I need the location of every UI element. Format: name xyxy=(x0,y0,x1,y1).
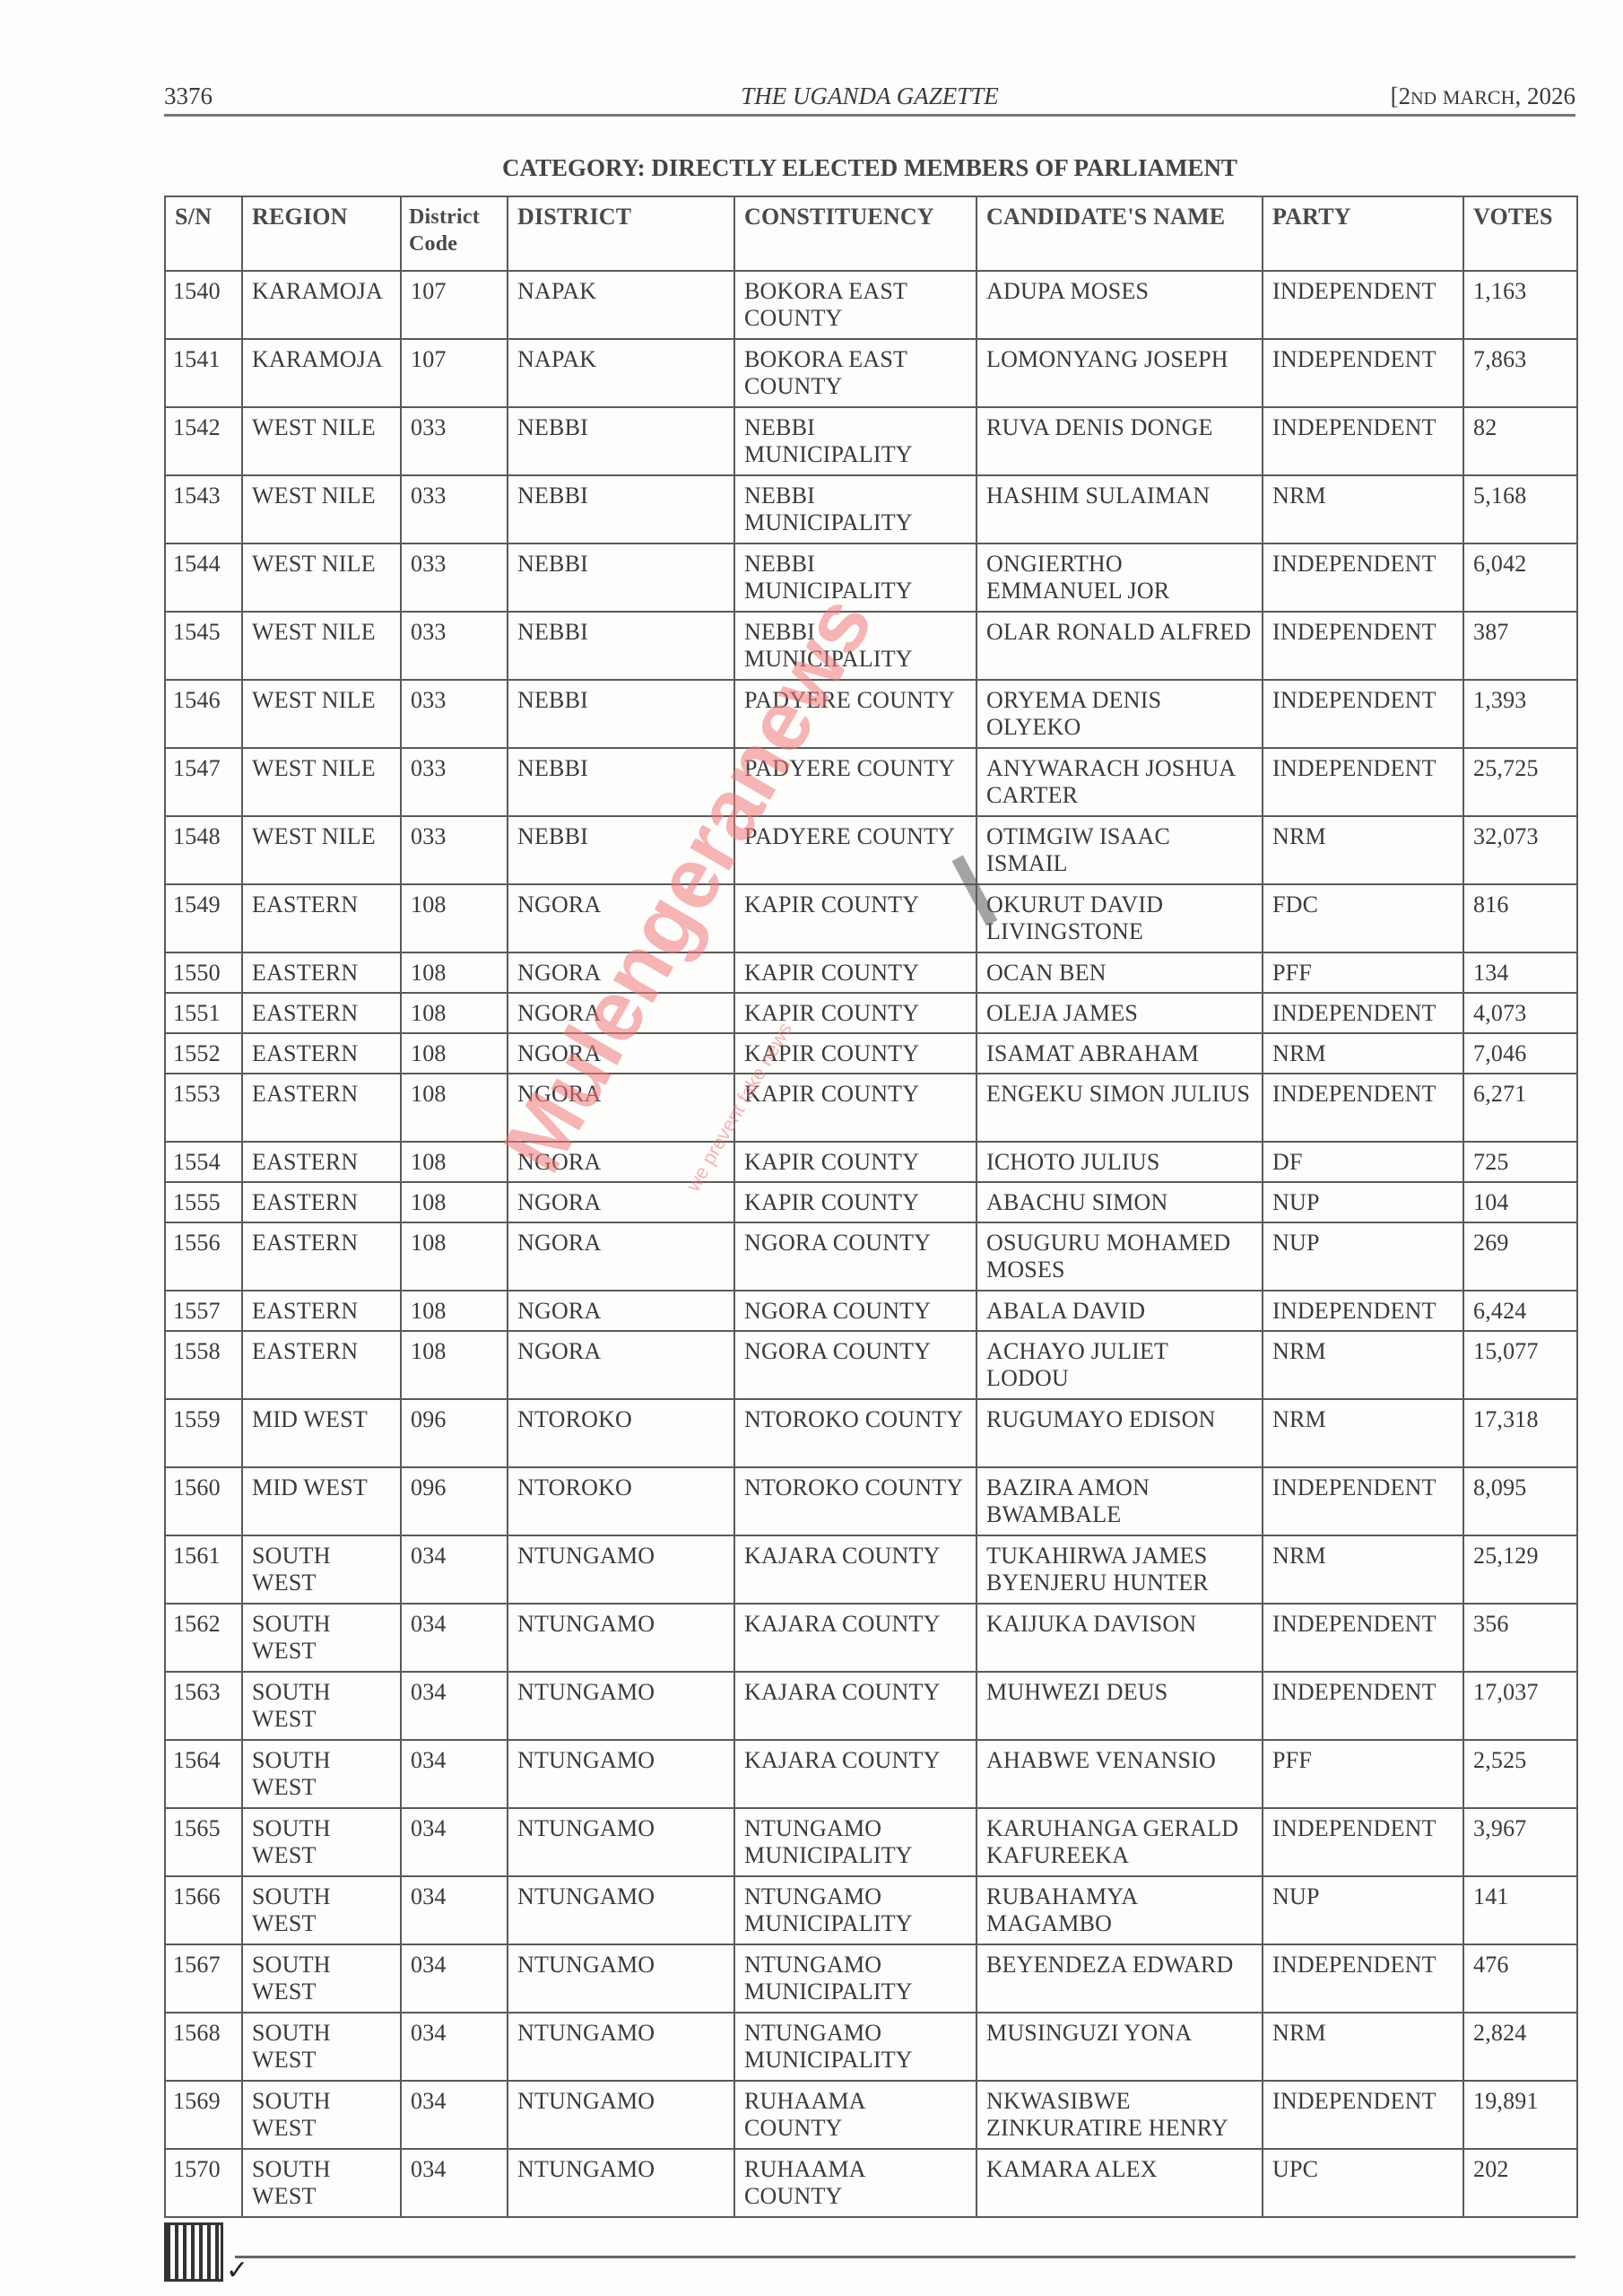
date-suffix: ND xyxy=(1410,89,1436,109)
cell-sn: 1564 xyxy=(165,1740,242,1808)
cell-sn: 1556 xyxy=(165,1222,242,1291)
cell-party: NRM xyxy=(1263,475,1463,544)
cell-sn: 1545 xyxy=(165,612,242,680)
cell-region: WEST NILE xyxy=(242,816,401,884)
cell-constituency: NTOROKO COUNTY xyxy=(734,1399,976,1467)
cell-district: NTUNGAMO xyxy=(508,2149,734,2217)
cell-region: EASTERN xyxy=(242,884,401,952)
table-row: 1548WEST NILE033NEBBIPADYERE COUNTYOTIMG… xyxy=(165,816,1577,884)
table-header-row: S/N REGION District Code DISTRICT CONSTI… xyxy=(165,196,1577,271)
cell-votes: 141 xyxy=(1463,1876,1577,1944)
cell-district-code: 034 xyxy=(401,1604,508,1672)
table-row: 1569SOUTH WEST034NTUNGAMORUHAAMA COUNTYN… xyxy=(165,2081,1577,2149)
cell-votes: 7,046 xyxy=(1463,1033,1577,1074)
cell-district-code: 108 xyxy=(401,884,508,952)
cell-votes: 269 xyxy=(1463,1222,1577,1291)
cell-sn: 1562 xyxy=(165,1604,242,1672)
cell-party: NUP xyxy=(1263,1222,1463,1291)
cell-region: EASTERN xyxy=(242,952,401,993)
cell-party: NRM xyxy=(1263,1331,1463,1399)
cell-district-code: 107 xyxy=(401,271,508,339)
cell-constituency: NGORA COUNTY xyxy=(734,1331,976,1399)
date-bracket: [ xyxy=(1391,83,1399,109)
cell-region: EASTERN xyxy=(242,993,401,1033)
cell-district-code: 108 xyxy=(401,1331,508,1399)
table-row: 1559MID WEST096NTOROKONTOROKO COUNTYRUGU… xyxy=(165,1399,1577,1467)
cell-district: NAPAK xyxy=(508,271,734,339)
cell-party: INDEPENDENT xyxy=(1263,1808,1463,1876)
column-header-district: DISTRICT xyxy=(508,196,734,271)
cell-sn: 1563 xyxy=(165,1672,242,1740)
cell-sn: 1561 xyxy=(165,1535,242,1604)
cell-votes: 17,037 xyxy=(1463,1672,1577,1740)
cell-constituency: NEBBI MUNICIPALITY xyxy=(734,544,976,612)
cell-constituency: NGORA COUNTY xyxy=(734,1291,976,1331)
cell-district: NTUNGAMO xyxy=(508,1808,734,1876)
cell-candidate-name: AHABWE VENANSIO xyxy=(976,1740,1263,1808)
cell-party: INDEPENDENT xyxy=(1263,1672,1463,1740)
cell-constituency: KAJARA COUNTY xyxy=(734,1535,976,1604)
cell-sn: 1558 xyxy=(165,1331,242,1399)
cell-sn: 1550 xyxy=(165,952,242,993)
cell-sn: 1540 xyxy=(165,271,242,339)
column-header-candidate-name: CANDIDATE'S NAME xyxy=(976,196,1263,271)
cell-constituency: NTOROKO COUNTY xyxy=(734,1467,976,1535)
cell-votes: 25,129 xyxy=(1463,1535,1577,1604)
cell-region: SOUTH WEST xyxy=(242,2013,401,2081)
cell-district-code: 033 xyxy=(401,680,508,748)
cell-votes: 17,318 xyxy=(1463,1399,1577,1467)
cell-district-code: 034 xyxy=(401,1876,508,1944)
cell-votes: 4,073 xyxy=(1463,993,1577,1033)
cell-sn: 1570 xyxy=(165,2149,242,2217)
cell-region: EASTERN xyxy=(242,1291,401,1331)
cell-district: NTUNGAMO xyxy=(508,1944,734,2013)
cell-party: PFF xyxy=(1263,1740,1463,1808)
table-row: 1550EASTERN108NGORAKAPIR COUNTYOCAN BENP… xyxy=(165,952,1577,993)
cell-candidate-name: MUHWEZI DEUS xyxy=(976,1672,1263,1740)
cell-region: SOUTH WEST xyxy=(242,1876,401,1944)
cell-district-code: 033 xyxy=(401,816,508,884)
cell-sn: 1546 xyxy=(165,680,242,748)
cell-votes: 6,271 xyxy=(1463,1074,1577,1142)
table-row: 1549EASTERN108NGORAKAPIR COUNTYOKURUT DA… xyxy=(165,884,1577,952)
table-row: 1543WEST NILE033NEBBINEBBI MUNICIPALITYH… xyxy=(165,475,1577,544)
table-row: 1551EASTERN108NGORAKAPIR COUNTYOLEJA JAM… xyxy=(165,993,1577,1033)
cell-candidate-name: ORYEMA DENIS OLYEKO xyxy=(976,680,1263,748)
cell-party: NRM xyxy=(1263,2013,1463,2081)
table-row: 1567SOUTH WEST034NTUNGAMONTUNGAMO MUNICI… xyxy=(165,1944,1577,2013)
cell-party: FDC xyxy=(1263,884,1463,952)
date-year: , 2026 xyxy=(1515,83,1576,109)
cell-candidate-name: KAIJUKA DAVISON xyxy=(976,1604,1263,1672)
cell-district: NGORA xyxy=(508,1291,734,1331)
table-row: 1570SOUTH WEST034NTUNGAMORUHAAMA COUNTYK… xyxy=(165,2149,1577,2217)
cell-region: EASTERN xyxy=(242,1074,401,1142)
cell-candidate-name: ONGIERTHO EMMANUEL JOR xyxy=(976,544,1263,612)
cell-party: INDEPENDENT xyxy=(1263,544,1463,612)
cell-candidate-name: ISAMAT ABRAHAM xyxy=(976,1033,1263,1074)
cell-region: SOUTH WEST xyxy=(242,2081,401,2149)
cell-party: NUP xyxy=(1263,1182,1463,1222)
cell-party: NRM xyxy=(1263,816,1463,884)
cell-candidate-name: RUGUMAYO EDISON xyxy=(976,1399,1263,1467)
cell-party: NUP xyxy=(1263,1876,1463,1944)
cell-votes: 476 xyxy=(1463,1944,1577,2013)
cell-votes: 387 xyxy=(1463,612,1577,680)
cell-candidate-name: ENGEKU SIMON JULIUS xyxy=(976,1074,1263,1142)
column-header-party: PARTY xyxy=(1263,196,1463,271)
cell-votes: 82 xyxy=(1463,407,1577,475)
cell-votes: 356 xyxy=(1463,1604,1577,1672)
table-row: 1540KARAMOJA107NAPAKBOKORA EAST COUNTYAD… xyxy=(165,271,1577,339)
cell-sn: 1566 xyxy=(165,1876,242,1944)
cell-region: KARAMOJA xyxy=(242,339,401,407)
table-body: 1540KARAMOJA107NAPAKBOKORA EAST COUNTYAD… xyxy=(165,271,1577,2217)
cell-votes: 2,525 xyxy=(1463,1740,1577,1808)
cell-sn: 1560 xyxy=(165,1467,242,1535)
cell-sn: 1557 xyxy=(165,1291,242,1331)
cell-sn: 1542 xyxy=(165,407,242,475)
cell-region: SOUTH WEST xyxy=(242,1604,401,1672)
cell-district: NTUNGAMO xyxy=(508,1604,734,1672)
table-row: 1553EASTERN108NGORAKAPIR COUNTYENGEKU SI… xyxy=(165,1074,1577,1142)
table-row: 1563SOUTH WEST034NTUNGAMOKAJARA COUNTYMU… xyxy=(165,1672,1577,1740)
results-table: S/N REGION District Code DISTRICT CONSTI… xyxy=(164,196,1578,2218)
cell-party: INDEPENDENT xyxy=(1263,271,1463,339)
column-header-district-code: District Code xyxy=(401,196,508,271)
cell-candidate-name: RUBAHAMYA MAGAMBO xyxy=(976,1876,1263,1944)
cell-candidate-name: ANYWARACH JOSHUA CARTER xyxy=(976,748,1263,816)
cell-constituency: NTUNGAMO MUNICIPALITY xyxy=(734,1876,976,1944)
cell-votes: 2,824 xyxy=(1463,2013,1577,2081)
table-row: 1552EASTERN108NGORAKAPIR COUNTYISAMAT AB… xyxy=(165,1033,1577,1074)
cell-region: SOUTH WEST xyxy=(242,1808,401,1876)
cell-district-code: 034 xyxy=(401,2149,508,2217)
page-date: [2ND MARCH, 2026 xyxy=(1391,83,1575,110)
table-row: 1564SOUTH WEST034NTUNGAMOKAJARA COUNTYAH… xyxy=(165,1740,1577,1808)
table-row: 1566SOUTH WEST034NTUNGAMONTUNGAMO MUNICI… xyxy=(165,1876,1577,1944)
cell-constituency: KAJARA COUNTY xyxy=(734,1740,976,1808)
cell-party: INDEPENDENT xyxy=(1263,1467,1463,1535)
cell-region: WEST NILE xyxy=(242,612,401,680)
cell-party: PFF xyxy=(1263,952,1463,993)
cell-votes: 202 xyxy=(1463,2149,1577,2217)
cell-votes: 8,095 xyxy=(1463,1467,1577,1535)
cell-region: SOUTH WEST xyxy=(242,1535,401,1604)
column-header-region: REGION xyxy=(242,196,401,271)
page-header: 3376 THE UGANDA GAZETTE [2ND MARCH, 2026 xyxy=(164,79,1575,115)
cell-district-code: 108 xyxy=(401,1222,508,1291)
cell-candidate-name: OSUGURU MOHAMED MOSES xyxy=(976,1222,1263,1291)
cell-candidate-name: TUKAHIRWA JAMES BYENJERU HUNTER xyxy=(976,1535,1263,1604)
table-row: 1547WEST NILE033NEBBIPADYERE COUNTYANYWA… xyxy=(165,748,1577,816)
cell-candidate-name: ADUPA MOSES xyxy=(976,271,1263,339)
cell-party: INDEPENDENT xyxy=(1263,339,1463,407)
cell-region: SOUTH WEST xyxy=(242,1740,401,1808)
cell-candidate-name: MUSINGUZI YONA xyxy=(976,2013,1263,2081)
header-rule xyxy=(164,114,1575,117)
cell-sn: 1543 xyxy=(165,475,242,544)
cell-party: INDEPENDENT xyxy=(1263,993,1463,1033)
cell-constituency: KAPIR COUNTY xyxy=(734,1074,976,1142)
qr-code-icon xyxy=(164,2222,223,2282)
table-row: 1544WEST NILE033NEBBINEBBI MUNICIPALITYO… xyxy=(165,544,1577,612)
cell-candidate-name: LOMONYANG JOSEPH xyxy=(976,339,1263,407)
cell-party: NRM xyxy=(1263,1535,1463,1604)
column-header-constituency: CONSTITUENCY xyxy=(734,196,976,271)
cell-region: KARAMOJA xyxy=(242,271,401,339)
cell-candidate-name: ICHOTO JULIUS xyxy=(976,1142,1263,1182)
category-title: CATEGORY: DIRECTLY ELECTED MEMBERS OF PA… xyxy=(164,154,1575,182)
cell-district: NGORA xyxy=(508,1331,734,1399)
cell-constituency: KAPIR COUNTY xyxy=(734,952,976,993)
cell-district: NTUNGAMO xyxy=(508,2013,734,2081)
cell-district-code: 108 xyxy=(401,952,508,993)
cell-party: UPC xyxy=(1263,2149,1463,2217)
cell-district: NTUNGAMO xyxy=(508,2081,734,2149)
cell-region: EASTERN xyxy=(242,1222,401,1291)
cell-region: EASTERN xyxy=(242,1182,401,1222)
cell-candidate-name: HASHIM SULAIMAN xyxy=(976,475,1263,544)
table-row: 1562SOUTH WEST034NTUNGAMOKAJARA COUNTYKA… xyxy=(165,1604,1577,1672)
cell-candidate-name: ABALA DAVID xyxy=(976,1291,1263,1331)
cell-votes: 32,073 xyxy=(1463,816,1577,884)
cell-party: INDEPENDENT xyxy=(1263,1291,1463,1331)
cell-party: INDEPENDENT xyxy=(1263,612,1463,680)
column-header-votes: VOTES xyxy=(1463,196,1577,271)
cell-region: SOUTH WEST xyxy=(242,1672,401,1740)
cell-region: EASTERN xyxy=(242,1142,401,1182)
cell-district-code: 034 xyxy=(401,1672,508,1740)
cell-sn: 1568 xyxy=(165,2013,242,2081)
cell-district: NEBBI xyxy=(508,680,734,748)
table-row: 1546WEST NILE033NEBBIPADYERE COUNTYORYEM… xyxy=(165,680,1577,748)
table-row: 1568SOUTH WEST034NTUNGAMONTUNGAMO MUNICI… xyxy=(165,2013,1577,2081)
cell-candidate-name: RUVA DENIS DONGE xyxy=(976,407,1263,475)
cell-sn: 1569 xyxy=(165,2081,242,2149)
cell-district-code: 034 xyxy=(401,1808,508,1876)
table-row: 1542WEST NILE033NEBBINEBBI MUNICIPALITYR… xyxy=(165,407,1577,475)
cell-constituency: RUHAAMA COUNTY xyxy=(734,2081,976,2149)
cell-candidate-name: KARUHANGA GERALD KAFUREEKA xyxy=(976,1808,1263,1876)
cell-sn: 1548 xyxy=(165,816,242,884)
cell-party: NRM xyxy=(1263,1033,1463,1074)
cell-region: WEST NILE xyxy=(242,475,401,544)
cell-sn: 1551 xyxy=(165,993,242,1033)
table-row: 1560MID WEST096NTOROKONTOROKO COUNTYBAZI… xyxy=(165,1467,1577,1535)
table-row: 1555EASTERN108NGORAKAPIR COUNTYABACHU SI… xyxy=(165,1182,1577,1222)
cell-candidate-name: ABACHU SIMON xyxy=(976,1182,1263,1222)
cell-votes: 25,725 xyxy=(1463,748,1577,816)
cell-district-code: 033 xyxy=(401,612,508,680)
cell-district-code: 033 xyxy=(401,544,508,612)
cell-candidate-name: ACHAYO JULIET LODOU xyxy=(976,1331,1263,1399)
cell-district-code: 096 xyxy=(401,1467,508,1535)
cell-district: NTOROKO xyxy=(508,1467,734,1535)
date-month: MARCH xyxy=(1443,86,1515,109)
cell-constituency: NEBBI MUNICIPALITY xyxy=(734,407,976,475)
cell-candidate-name: OKURUT DAVID LIVINGSTONE xyxy=(976,884,1263,952)
cell-votes: 1,393 xyxy=(1463,680,1577,748)
cell-district: NEBBI xyxy=(508,544,734,612)
cell-district-code: 108 xyxy=(401,1142,508,1182)
cell-district-code: 108 xyxy=(401,1033,508,1074)
cell-district-code: 033 xyxy=(401,407,508,475)
cell-sn: 1555 xyxy=(165,1182,242,1222)
cell-votes: 104 xyxy=(1463,1182,1577,1222)
signature-mark-icon: ✓ xyxy=(226,2255,248,2286)
cell-sn: 1554 xyxy=(165,1142,242,1182)
cell-votes: 3,967 xyxy=(1463,1808,1577,1876)
cell-region: EASTERN xyxy=(242,1033,401,1074)
cell-sn: 1552 xyxy=(165,1033,242,1074)
cell-votes: 7,863 xyxy=(1463,339,1577,407)
cell-district: NTUNGAMO xyxy=(508,1740,734,1808)
cell-party: INDEPENDENT xyxy=(1263,1944,1463,2013)
cell-candidate-name: OTIMGIW ISAAC ISMAIL xyxy=(976,816,1263,884)
cell-region: SOUTH WEST xyxy=(242,1944,401,2013)
cell-district-code: 034 xyxy=(401,1740,508,1808)
cell-district: NTUNGAMO xyxy=(508,1535,734,1604)
cell-district-code: 108 xyxy=(401,1182,508,1222)
cell-constituency: NTUNGAMO MUNICIPALITY xyxy=(734,1944,976,2013)
table-row: 1561SOUTH WEST034NTUNGAMOKAJARA COUNTYTU… xyxy=(165,1535,1577,1604)
cell-constituency: KAPIR COUNTY xyxy=(734,1142,976,1182)
cell-region: EASTERN xyxy=(242,1331,401,1399)
table-row: 1565SOUTH WEST034NTUNGAMONTUNGAMO MUNICI… xyxy=(165,1808,1577,1876)
cell-district-code: 108 xyxy=(401,1291,508,1331)
cell-constituency: BOKORA EAST COUNTY xyxy=(734,339,976,407)
cell-district-code: 034 xyxy=(401,2013,508,2081)
cell-region: MID WEST xyxy=(242,1399,401,1467)
cell-district: NTUNGAMO xyxy=(508,1876,734,1944)
cell-candidate-name: BEYENDEZA EDWARD xyxy=(976,1944,1263,2013)
cell-votes: 1,163 xyxy=(1463,271,1577,339)
cell-district-code: 034 xyxy=(401,1944,508,2013)
cell-votes: 6,042 xyxy=(1463,544,1577,612)
cell-district-code: 096 xyxy=(401,1399,508,1467)
cell-region: WEST NILE xyxy=(242,748,401,816)
cell-sn: 1553 xyxy=(165,1074,242,1142)
cell-candidate-name: BAZIRA AMON BWAMBALE xyxy=(976,1467,1263,1535)
cell-district: NEBBI xyxy=(508,612,734,680)
cell-candidate-name: KAMARA ALEX xyxy=(976,2149,1263,2217)
table-row: 1554EASTERN108NGORAKAPIR COUNTYICHOTO JU… xyxy=(165,1142,1577,1182)
cell-region: WEST NILE xyxy=(242,407,401,475)
table-row: 1558EASTERN108NGORANGORA COUNTYACHAYO JU… xyxy=(165,1331,1577,1399)
cell-party: INDEPENDENT xyxy=(1263,2081,1463,2149)
cell-district-code: 034 xyxy=(401,2081,508,2149)
cell-votes: 816 xyxy=(1463,884,1577,952)
cell-constituency: NTUNGAMO MUNICIPALITY xyxy=(734,1808,976,1876)
cell-candidate-name: OLAR RONALD ALFRED xyxy=(976,612,1263,680)
cell-constituency: KAJARA COUNTY xyxy=(734,1604,976,1672)
cell-votes: 5,168 xyxy=(1463,475,1577,544)
cell-sn: 1565 xyxy=(165,1808,242,1876)
cell-party: INDEPENDENT xyxy=(1263,1074,1463,1142)
cell-party: DF xyxy=(1263,1142,1463,1182)
cell-votes: 15,077 xyxy=(1463,1331,1577,1399)
cell-constituency: NEBBI MUNICIPALITY xyxy=(734,475,976,544)
cell-sn: 1544 xyxy=(165,544,242,612)
cell-district: NEBBI xyxy=(508,407,734,475)
cell-district: NTOROKO xyxy=(508,1399,734,1467)
cell-candidate-name: OCAN BEN xyxy=(976,952,1263,993)
cell-district-code: 033 xyxy=(401,748,508,816)
cell-party: INDEPENDENT xyxy=(1263,680,1463,748)
cell-district-code: 108 xyxy=(401,993,508,1033)
cell-district: NEBBI xyxy=(508,475,734,544)
cell-candidate-name: NKWASIBWE ZINKURATIRE HENRY xyxy=(976,2081,1263,2149)
cell-constituency: RUHAAMA COUNTY xyxy=(734,2149,976,2217)
table-row: 1557EASTERN108NGORANGORA COUNTYABALA DAV… xyxy=(165,1291,1577,1331)
cell-votes: 19,891 xyxy=(1463,2081,1577,2149)
cell-party: NRM xyxy=(1263,1399,1463,1467)
cell-candidate-name: OLEJA JAMES xyxy=(976,993,1263,1033)
cell-district-code: 107 xyxy=(401,339,508,407)
cell-district: NTUNGAMO xyxy=(508,1672,734,1740)
cell-votes: 725 xyxy=(1463,1142,1577,1182)
cell-constituency: KAJARA COUNTY xyxy=(734,1672,976,1740)
cell-constituency: KAPIR COUNTY xyxy=(734,1182,976,1222)
cell-sn: 1547 xyxy=(165,748,242,816)
cell-constituency: NTUNGAMO MUNICIPALITY xyxy=(734,2013,976,2081)
cell-constituency: NGORA COUNTY xyxy=(734,1222,976,1291)
cell-sn: 1549 xyxy=(165,884,242,952)
cell-votes: 134 xyxy=(1463,952,1577,993)
cell-region: WEST NILE xyxy=(242,680,401,748)
cell-district: NGORA xyxy=(508,1222,734,1291)
table-row: 1541KARAMOJA107NAPAKBOKORA EAST COUNTYLO… xyxy=(165,339,1577,407)
table-row: 1556EASTERN108NGORANGORA COUNTYOSUGURU M… xyxy=(165,1222,1577,1291)
gazette-title: THE UGANDA GAZETTE xyxy=(164,83,1575,110)
cell-district: NAPAK xyxy=(508,339,734,407)
cell-sn: 1567 xyxy=(165,1944,242,2013)
cell-sn: 1541 xyxy=(165,339,242,407)
footer-rule xyxy=(235,2256,1575,2258)
cell-constituency: BOKORA EAST COUNTY xyxy=(734,271,976,339)
cell-votes: 6,424 xyxy=(1463,1291,1577,1331)
cell-party: INDEPENDENT xyxy=(1263,407,1463,475)
cell-region: SOUTH WEST xyxy=(242,2149,401,2217)
cell-sn: 1559 xyxy=(165,1399,242,1467)
cell-region: WEST NILE xyxy=(242,544,401,612)
cell-district-code: 034 xyxy=(401,1535,508,1604)
cell-party: INDEPENDENT xyxy=(1263,748,1463,816)
cell-district-code: 033 xyxy=(401,475,508,544)
column-header-sn: S/N xyxy=(165,196,242,271)
cell-constituency: KAPIR COUNTY xyxy=(734,884,976,952)
date-day: 2 xyxy=(1399,83,1411,109)
cell-region: MID WEST xyxy=(242,1467,401,1535)
cell-party: INDEPENDENT xyxy=(1263,1604,1463,1672)
